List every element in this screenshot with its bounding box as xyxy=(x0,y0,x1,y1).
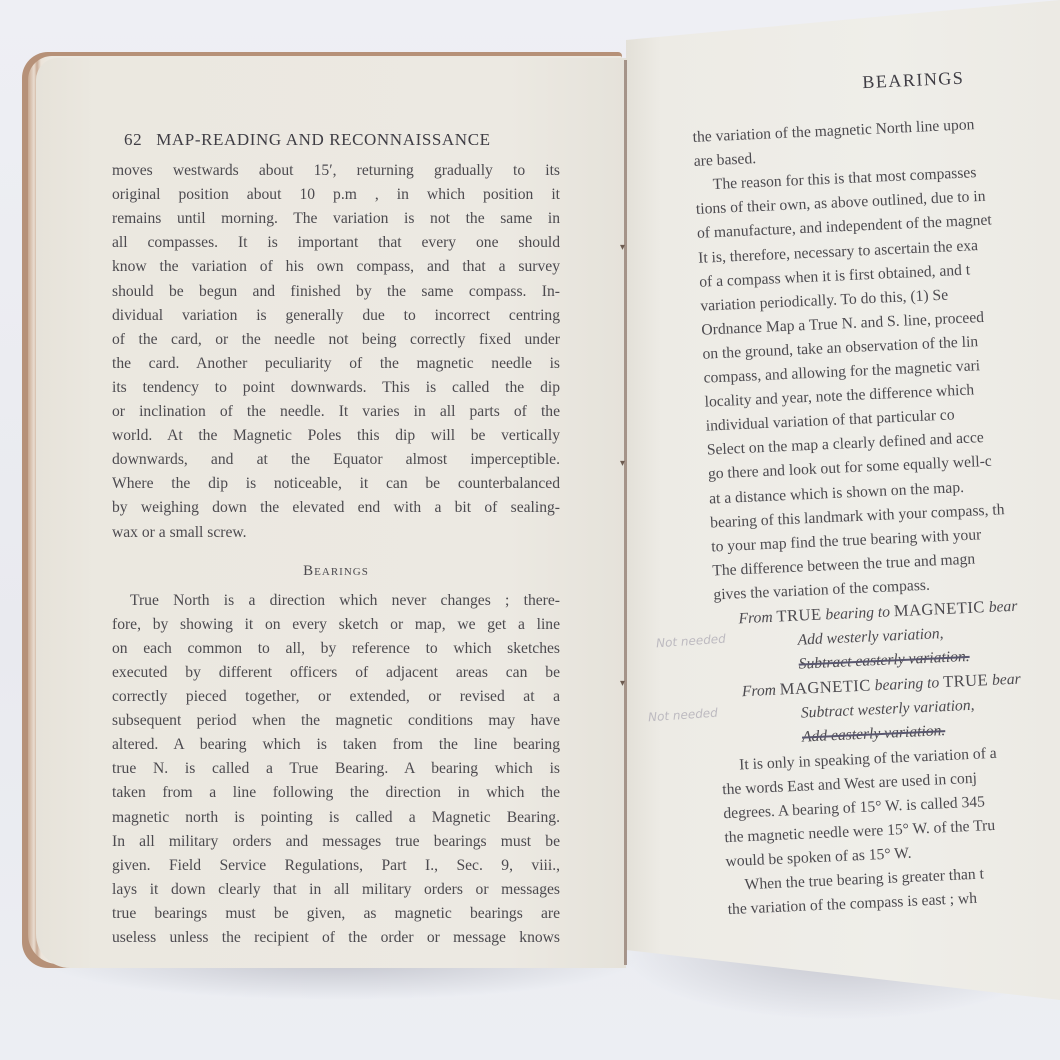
text-line: useless unless the recipient of the orde… xyxy=(112,926,560,950)
text-line: world. At the Magnetic Poles this dip wi… xyxy=(112,424,560,448)
binding-stitch-icon: ▾ xyxy=(620,680,630,688)
text-line: lays it down clearly that in all militar… xyxy=(112,878,560,902)
text-line: remains until morning. The variation is … xyxy=(112,207,560,231)
text-line: the card. Another peculiarity of the mag… xyxy=(112,352,560,376)
text-line: fore, by showing it on every sketch or m… xyxy=(112,613,560,637)
paragraph: It is only in speaking of the variation … xyxy=(721,734,1060,874)
text-line: magnetic north is pointing is called a M… xyxy=(112,806,560,830)
book-gutter-spine xyxy=(624,60,627,965)
paragraph: True North is a direction which never ch… xyxy=(112,589,560,950)
paragraph: The reason for this is that most compass… xyxy=(694,155,1060,608)
text-line: its tendency to point downwards. This is… xyxy=(112,376,560,400)
text-line: True North is a direction which never ch… xyxy=(112,589,560,613)
binding-stitch-icon: ▾ xyxy=(620,244,630,252)
right-page-text: BEARINGS the variation of the magnetic N… xyxy=(690,58,1060,922)
text-line: of the card, or the needle not being cor… xyxy=(112,328,560,352)
section-heading: Bearings xyxy=(112,559,560,583)
text-line: executed by different officers of adjace… xyxy=(112,661,560,685)
paragraph: moves westwards about 15′, returning gra… xyxy=(112,159,560,545)
page-number: 62 xyxy=(124,128,142,152)
left-page-text: 62 MAP-READING AND RECONNAISSANCE moves … xyxy=(112,128,560,950)
text-line: on each common to all, by reference to w… xyxy=(112,637,560,661)
text-line: should be begun and finished by the same… xyxy=(112,280,560,304)
book-title: MAP-READING AND RECONNAISSANCE xyxy=(156,128,490,152)
text-line: In all military orders and messages true… xyxy=(112,830,560,854)
text-line: subsequent period when the magnetic cond… xyxy=(112,709,560,733)
text-line: by weighing down the elevated end with a… xyxy=(112,496,560,520)
text-line: original position about 10 p.m , in whic… xyxy=(112,183,560,207)
text-line: given. Field Service Regulations, Part I… xyxy=(112,854,560,878)
text-line: true bearings must be given, as magnetic… xyxy=(112,902,560,926)
running-head: 62 MAP-READING AND RECONNAISSANCE xyxy=(124,128,560,152)
text-line: Where the dip is noticeable, it can be c… xyxy=(112,472,560,496)
text-line: correctly pieced together, or extended, … xyxy=(112,685,560,709)
text-line: true N. is called a True Bearing. A bear… xyxy=(112,757,560,781)
text-line: know the variation of his own compass, a… xyxy=(112,255,560,279)
text-line: wax or a small screw. xyxy=(112,521,560,545)
text-line: dividual variation is generally due to i… xyxy=(112,304,560,328)
text-line: moves westwards about 15′, returning gra… xyxy=(112,159,560,183)
text-line: taken from a line following the directio… xyxy=(112,781,560,805)
text-line: altered. A bearing which is taken from t… xyxy=(112,733,560,757)
text-line: downwards, and at the Equator almost imp… xyxy=(112,448,560,472)
binding-stitch-icon: ▾ xyxy=(620,460,630,468)
text-line: or inclination of the needle. It varies … xyxy=(112,400,560,424)
text-line: all compasses. It is important that ever… xyxy=(112,231,560,255)
